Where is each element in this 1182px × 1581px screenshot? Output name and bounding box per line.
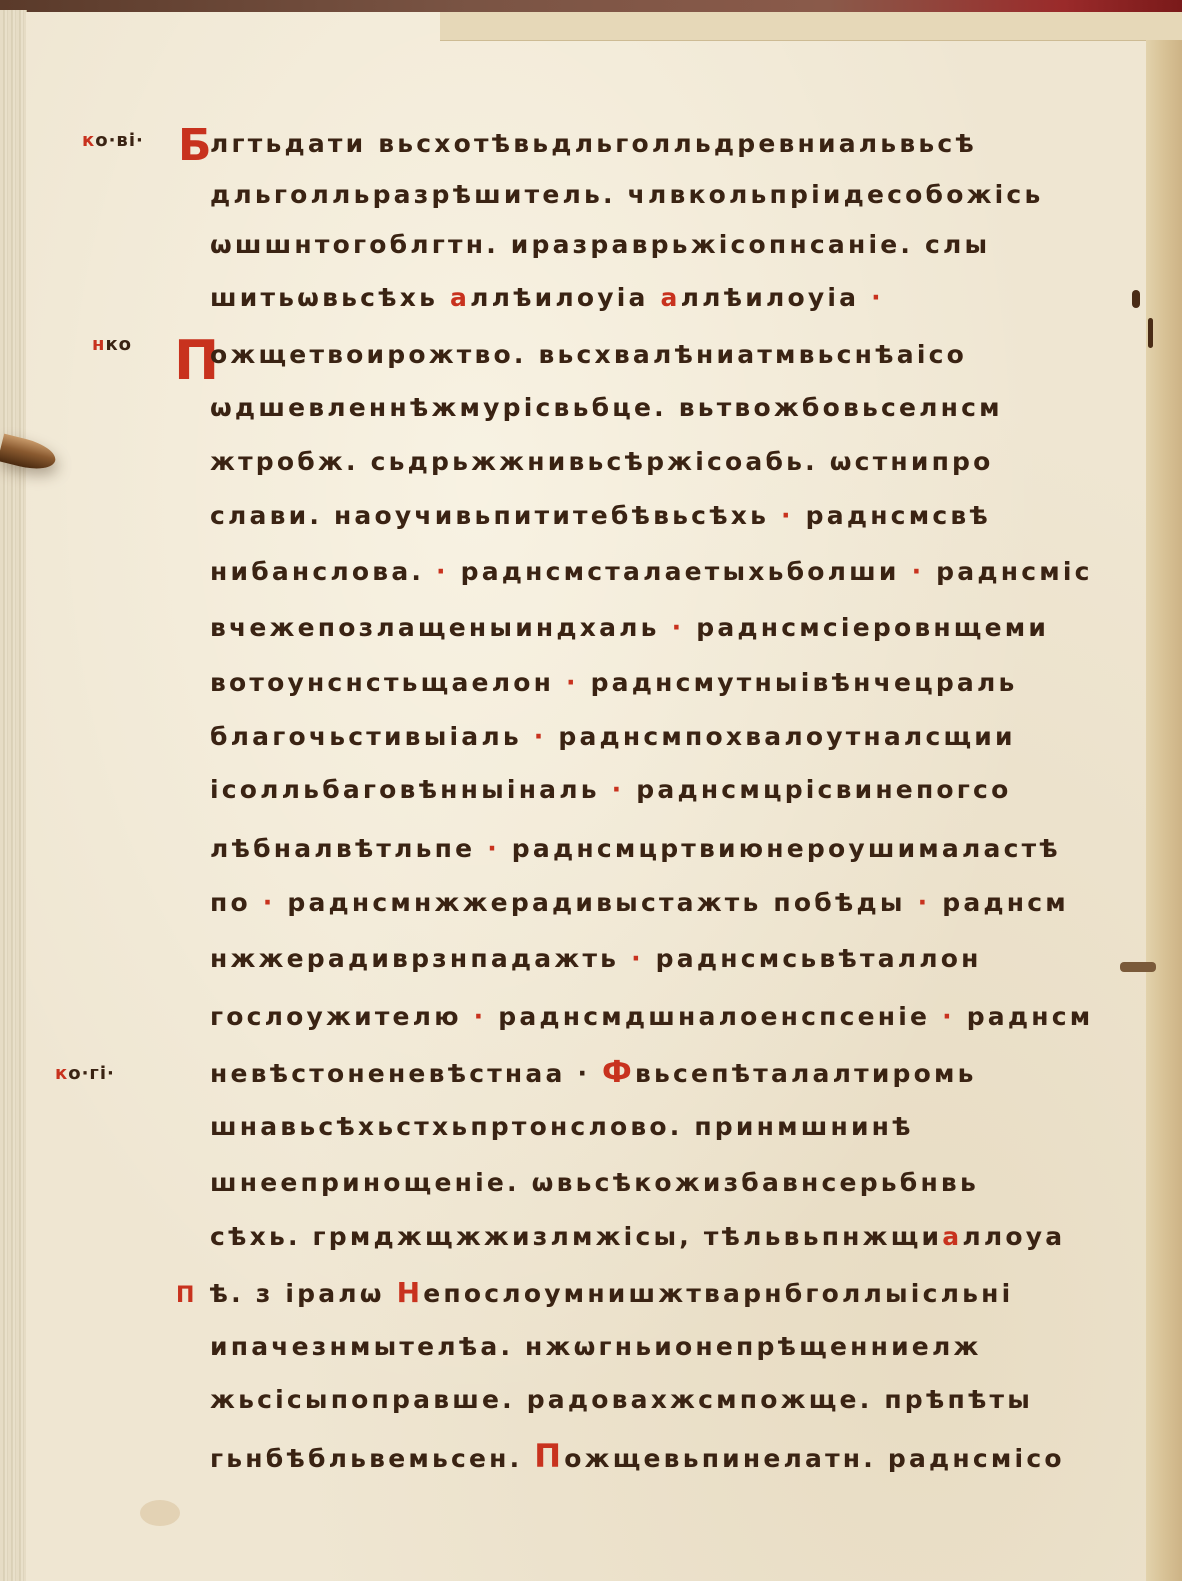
page-tab-mark (1120, 962, 1156, 972)
page-top-fold (440, 12, 1182, 41)
text-line-4: шитьѡвьсѣхь аллѣилоуіа аллѣилоуіа · (210, 278, 1090, 318)
margin-note-3: ко·гі· (55, 1063, 115, 1084)
book-top-edge (0, 0, 1182, 12)
text-line-12: благочьстивыіаль · раднсмпохвалоутналсщи… (210, 717, 1090, 757)
text-line-3: ѡшшнтогоблгтн. иразраврьжісопнсаніе. слы (210, 225, 1090, 265)
text-line-17: гослоужителю · раднсмдшналоенспсеніе · р… (210, 997, 1090, 1037)
text-line-7: жтробж. сьдрьжжнивьсѣржісоабь. ѡстнипро (210, 442, 1090, 482)
text-line-5: ожщетвоирожтво. вьсхвалѣниатмвьснѣаісо (210, 335, 1090, 375)
text-line-8: слави. наоучивьпититебѣвьсѣхь · раднсмсв… (210, 496, 1090, 536)
text-line-1: лгтьдати вьсхотѣвьдльголльдревниальвьсѣ (210, 124, 1090, 164)
initial-letter-b: Б (178, 124, 212, 168)
text-line-24: жьсісыпоправше. радовахжсмпожще. прѣпѣты (210, 1380, 1090, 1420)
text-line-15: по · раднсмнжжерадивыстажть побѣды · рад… (210, 883, 1090, 923)
parchment-stain (140, 1500, 180, 1526)
text-line-9: нибанслова. · раднсмсталаетыхьболши · ра… (210, 552, 1090, 592)
text-line-23: ипачезнмытелѣа. нжѡгньионепрѣщенниелж (210, 1327, 1090, 1367)
text-line-19: шнавьсѣхьстхьпртонслово. принмшнинѣ (210, 1107, 1090, 1147)
text-line-14: лѣбналвѣтльпе · раднсмцртвиюнероушималас… (210, 829, 1090, 869)
text-line-2: дльголльразрѣшитель. члвкольпріидесобожі… (210, 175, 1090, 215)
text-line-25: гьнбѣбльвемьсен. Пожщевьпинелатн. раднсм… (210, 1436, 1090, 1476)
text-line-16: нжжерадиврзнпадажть · раднсмсьвѣталлон (210, 939, 1090, 979)
page-tab-mark (1132, 290, 1140, 308)
text-line-11: вотоунснстьщаелон · раднсмутныівѣнчецрал… (210, 663, 1090, 703)
margin-note-2: нко (92, 334, 132, 355)
page-tab-mark (1148, 318, 1153, 348)
text-line-22: П ѣ. з іралѡ Непослоумнишжтварнбголлыісл… (176, 1273, 1076, 1313)
initial-letter-n: Н (397, 1276, 424, 1309)
text-line-21: сѣхь. грмджщжжизлмжісы, тѣльвьпнжщиаллоу… (210, 1217, 1090, 1257)
text-line-6: ѡдшевленнѣжмурісвьбце. вьтвожбовьселнсм (210, 388, 1090, 428)
text-line-13: ісолльбаговѣнныіналь · раднсмцрісвинепог… (210, 770, 1090, 810)
page-stack-edge (0, 10, 27, 1581)
text-line-20: шнеепринощеніе. ѡвьсѣкожизбавнсерьбнвь (210, 1163, 1090, 1203)
text-line-10: вчежепозлащеныиндхаль · раднсмсіеровнщем… (210, 608, 1090, 648)
margin-note-1: ко·ві· (82, 130, 144, 151)
text-line-18: невѣстоненевѣстнаа · Фвьсепѣталалтиромь (210, 1053, 1090, 1093)
initial-letter-f: Ф (602, 1055, 635, 1090)
initial-letter-p-2: П (534, 1437, 564, 1475)
page-right-edge (1146, 40, 1182, 1581)
